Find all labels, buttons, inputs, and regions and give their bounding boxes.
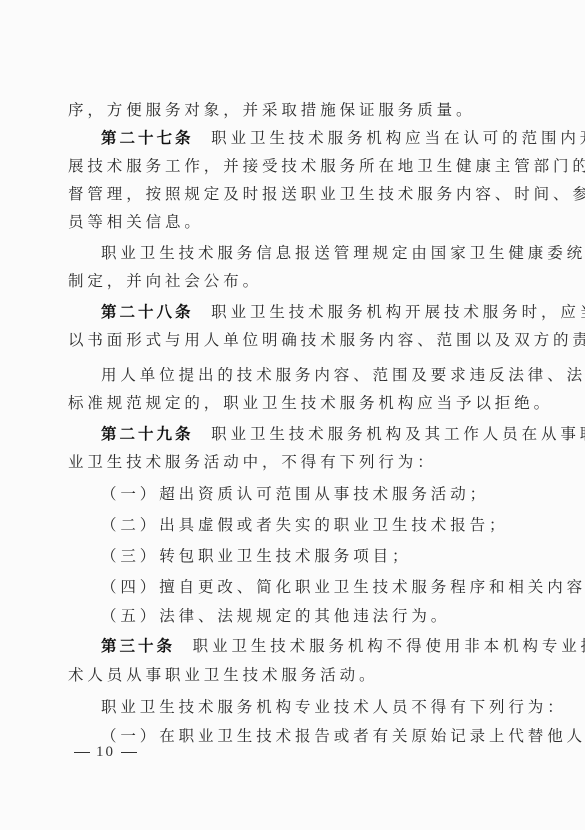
text-line: 序，方便服务对象，并采取措施保证服务质量。 — [68, 100, 510, 120]
text-line: 术人员从事职业卫生技术服务活动。 — [68, 665, 510, 685]
list-item: （五）法律、法规规定的其他违法行为。 — [101, 606, 511, 626]
article-heading: 第三十条 — [101, 637, 175, 655]
list-item: （一）在职业卫生技术报告或者有关原始记录上代替他人签字； — [101, 726, 511, 746]
article-29-line: 第二十九条 职业卫生技术服务机构及其工作人员在从事职 — [101, 424, 511, 444]
article-text: 职业卫生技术服务机构开展技术服务时，应当 — [211, 303, 585, 321]
text-line: 用人单位提出的技术服务内容、范围及要求违反法律、法规和 — [101, 365, 511, 385]
list-item: （二）出具虚假或者失实的职业卫生技术报告； — [101, 515, 511, 535]
page-number: 10 — [68, 744, 143, 761]
dash-left — [74, 752, 90, 753]
text-line: 职业卫生技术服务机构专业技术人员不得有下列行为： — [101, 697, 511, 717]
text-line: 员等相关信息。 — [68, 212, 510, 232]
article-text: 职业卫生技术服务机构不得使用非本机构专业技 — [193, 637, 585, 655]
article-heading: 第二十七条 — [101, 129, 194, 147]
text-line: 制定，并向社会公布。 — [68, 271, 510, 291]
list-item: （三）转包职业卫生技术服务项目； — [101, 546, 511, 566]
dash-right — [121, 752, 137, 753]
article-heading: 第二十八条 — [101, 303, 194, 321]
page-number-value: 10 — [96, 744, 115, 760]
article-text: 职业卫生技术服务机构应当在认可的范围内开 — [211, 129, 585, 147]
text-line: 标准规范规定的，职业卫生技术服务机构应当予以拒绝。 — [68, 393, 510, 413]
text-line: 职业卫生技术服务信息报送管理规定由国家卫生健康委统一 — [101, 243, 511, 263]
text-line: 以书面形式与用人单位明确技术服务内容、范围以及双方的责任。 — [68, 330, 510, 350]
text-line: 督管理，按照规定及时报送职业卫生技术服务内容、时间、参与人 — [68, 184, 510, 204]
list-item: （一）超出资质认可范围从事技术服务活动； — [101, 484, 511, 504]
document-page: 序，方便服务对象，并采取措施保证服务质量。 第二十七条 职业卫生技术服务机构应当… — [0, 0, 585, 830]
article-heading: 第二十九条 — [101, 425, 194, 443]
text-line: 业卫生技术服务活动中，不得有下列行为： — [68, 452, 510, 472]
article-27-line: 第二十七条 职业卫生技术服务机构应当在认可的范围内开 — [101, 128, 511, 148]
article-text: 职业卫生技术服务机构及其工作人员在从事职 — [211, 425, 585, 443]
article-28-line: 第二十八条 职业卫生技术服务机构开展技术服务时，应当 — [101, 302, 511, 322]
article-30-line: 第三十条 职业卫生技术服务机构不得使用非本机构专业技 — [101, 636, 511, 656]
text-line: 展技术服务工作，并接受技术服务所在地卫生健康主管部门的监 — [68, 156, 510, 176]
list-item: （四）擅自更改、简化职业卫生技术服务程序和相关内容； — [101, 577, 511, 597]
